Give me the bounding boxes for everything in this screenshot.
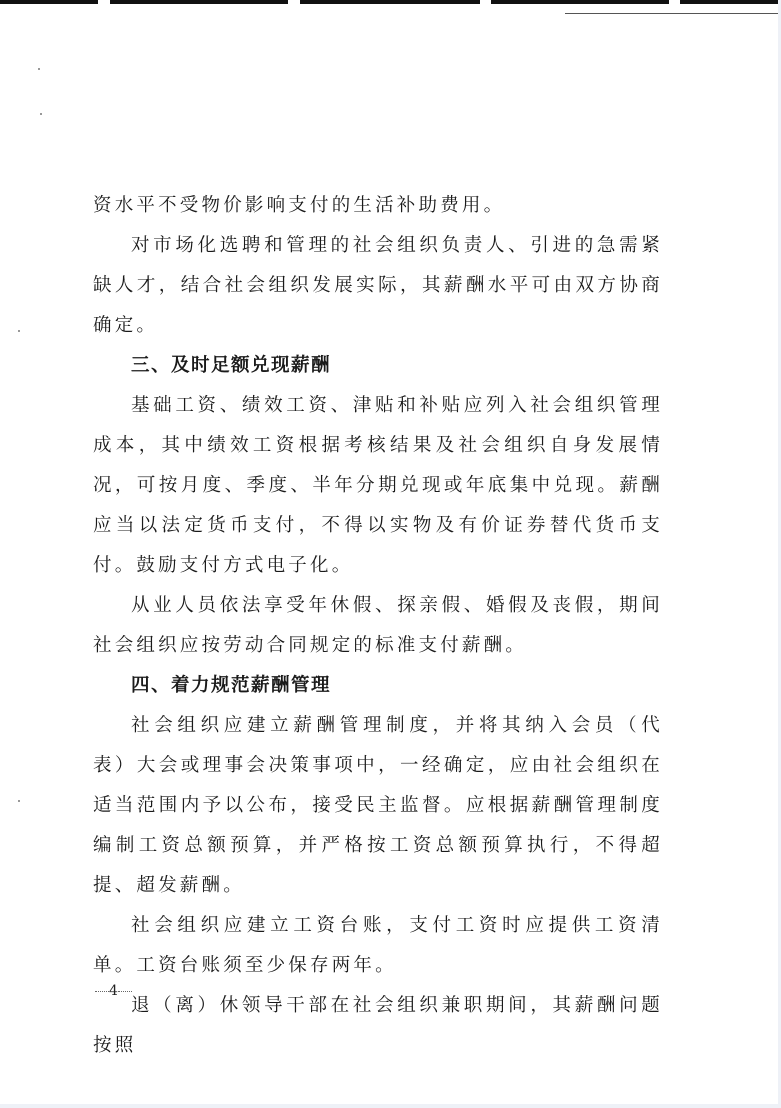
scan-speck (18, 800, 20, 802)
paragraph: 退（离）休领导干部在社会组织兼职期间，其薪酬问题按照 (93, 986, 663, 1066)
scan-speck (40, 113, 42, 115)
scan-speck (38, 68, 40, 70)
scan-top-border (0, 0, 781, 6)
scan-artifact (0, 0, 98, 4)
scan-artifact (565, 13, 781, 14)
scan-bottom-edge (0, 1104, 781, 1108)
paragraph: 从业人员依法享受年休假、探亲假、婚假及丧假，期间社会组织应按劳动合同规定的标准支… (93, 586, 663, 666)
scan-artifact (110, 0, 288, 4)
scan-artifact (680, 0, 781, 4)
page-number-dash-left (95, 991, 109, 992)
paragraph: 社会组织应建立工资台账，支付工资时应提供工资清单。工资台账须至少保存两年。 (93, 906, 663, 986)
section-heading: 四、着力规范薪酬管理 (93, 666, 663, 706)
document-body: 资水平不受物价影响支付的生活补助费用。 对市场化选聘和管理的社会组织负责人、引进… (93, 186, 663, 1066)
page-number-value: 4 (109, 983, 118, 999)
paragraph: 社会组织应建立薪酬管理制度，并将其纳入会员（代表）大会或理事会决策事项中，一经确… (93, 706, 663, 906)
scan-artifact (491, 0, 669, 4)
page-number-dash-right (118, 991, 132, 992)
paragraph: 基础工资、绩效工资、津贴和补贴应列入社会组织管理成本，其中绩效工资根据考核结果及… (93, 386, 663, 586)
paragraph: 对市场化选聘和管理的社会组织负责人、引进的急需紧缺人才，结合社会组织发展实际，其… (93, 226, 663, 346)
page-number: 4 (95, 983, 132, 999)
paragraph: 资水平不受物价影响支付的生活补助费用。 (93, 186, 663, 226)
scan-speck (18, 330, 20, 332)
section-heading: 三、及时足额兑现薪酬 (93, 346, 663, 386)
scan-artifact (300, 0, 480, 4)
